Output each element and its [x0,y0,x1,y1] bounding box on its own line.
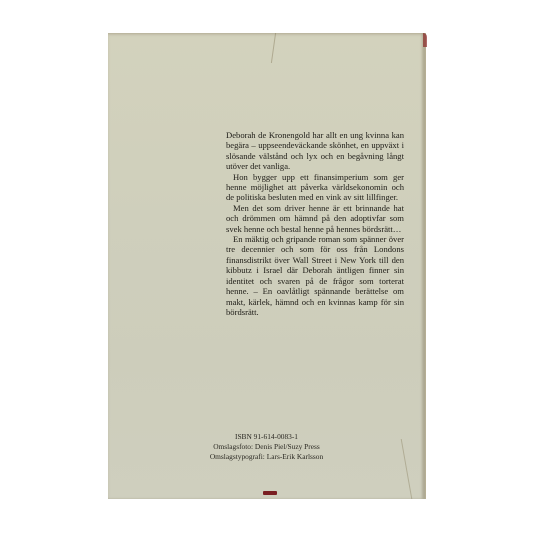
blurb-text: Deborah de Kronengold har allt en ung kv… [226,130,404,317]
cover-typography-credit: Omslagstypografi: Lars-Erik Karlsson [108,452,425,462]
cover-photo-credit: Omslagsfoto: Denis Piel/Suzy Press [108,442,425,452]
credits-block: ISBN 91-614-0083-1 Omslagsfoto: Denis Pi… [108,432,425,462]
blurb-paragraph: Men det som driver henne är ett brinnand… [226,203,404,234]
isbn: ISBN 91-614-0083-1 [108,432,425,442]
blurb-paragraph: Deborah de Kronengold har allt en ung kv… [226,130,404,172]
red-spine-mark [263,491,277,495]
cover-crease [271,33,276,63]
book-back-cover: Deborah de Kronengold har allt en ung kv… [108,33,426,499]
blurb-paragraph: Hon bygger upp ett finansimperium som ge… [226,172,404,203]
blurb-paragraph: En mäktig och gripande roman som spänner… [226,234,404,317]
